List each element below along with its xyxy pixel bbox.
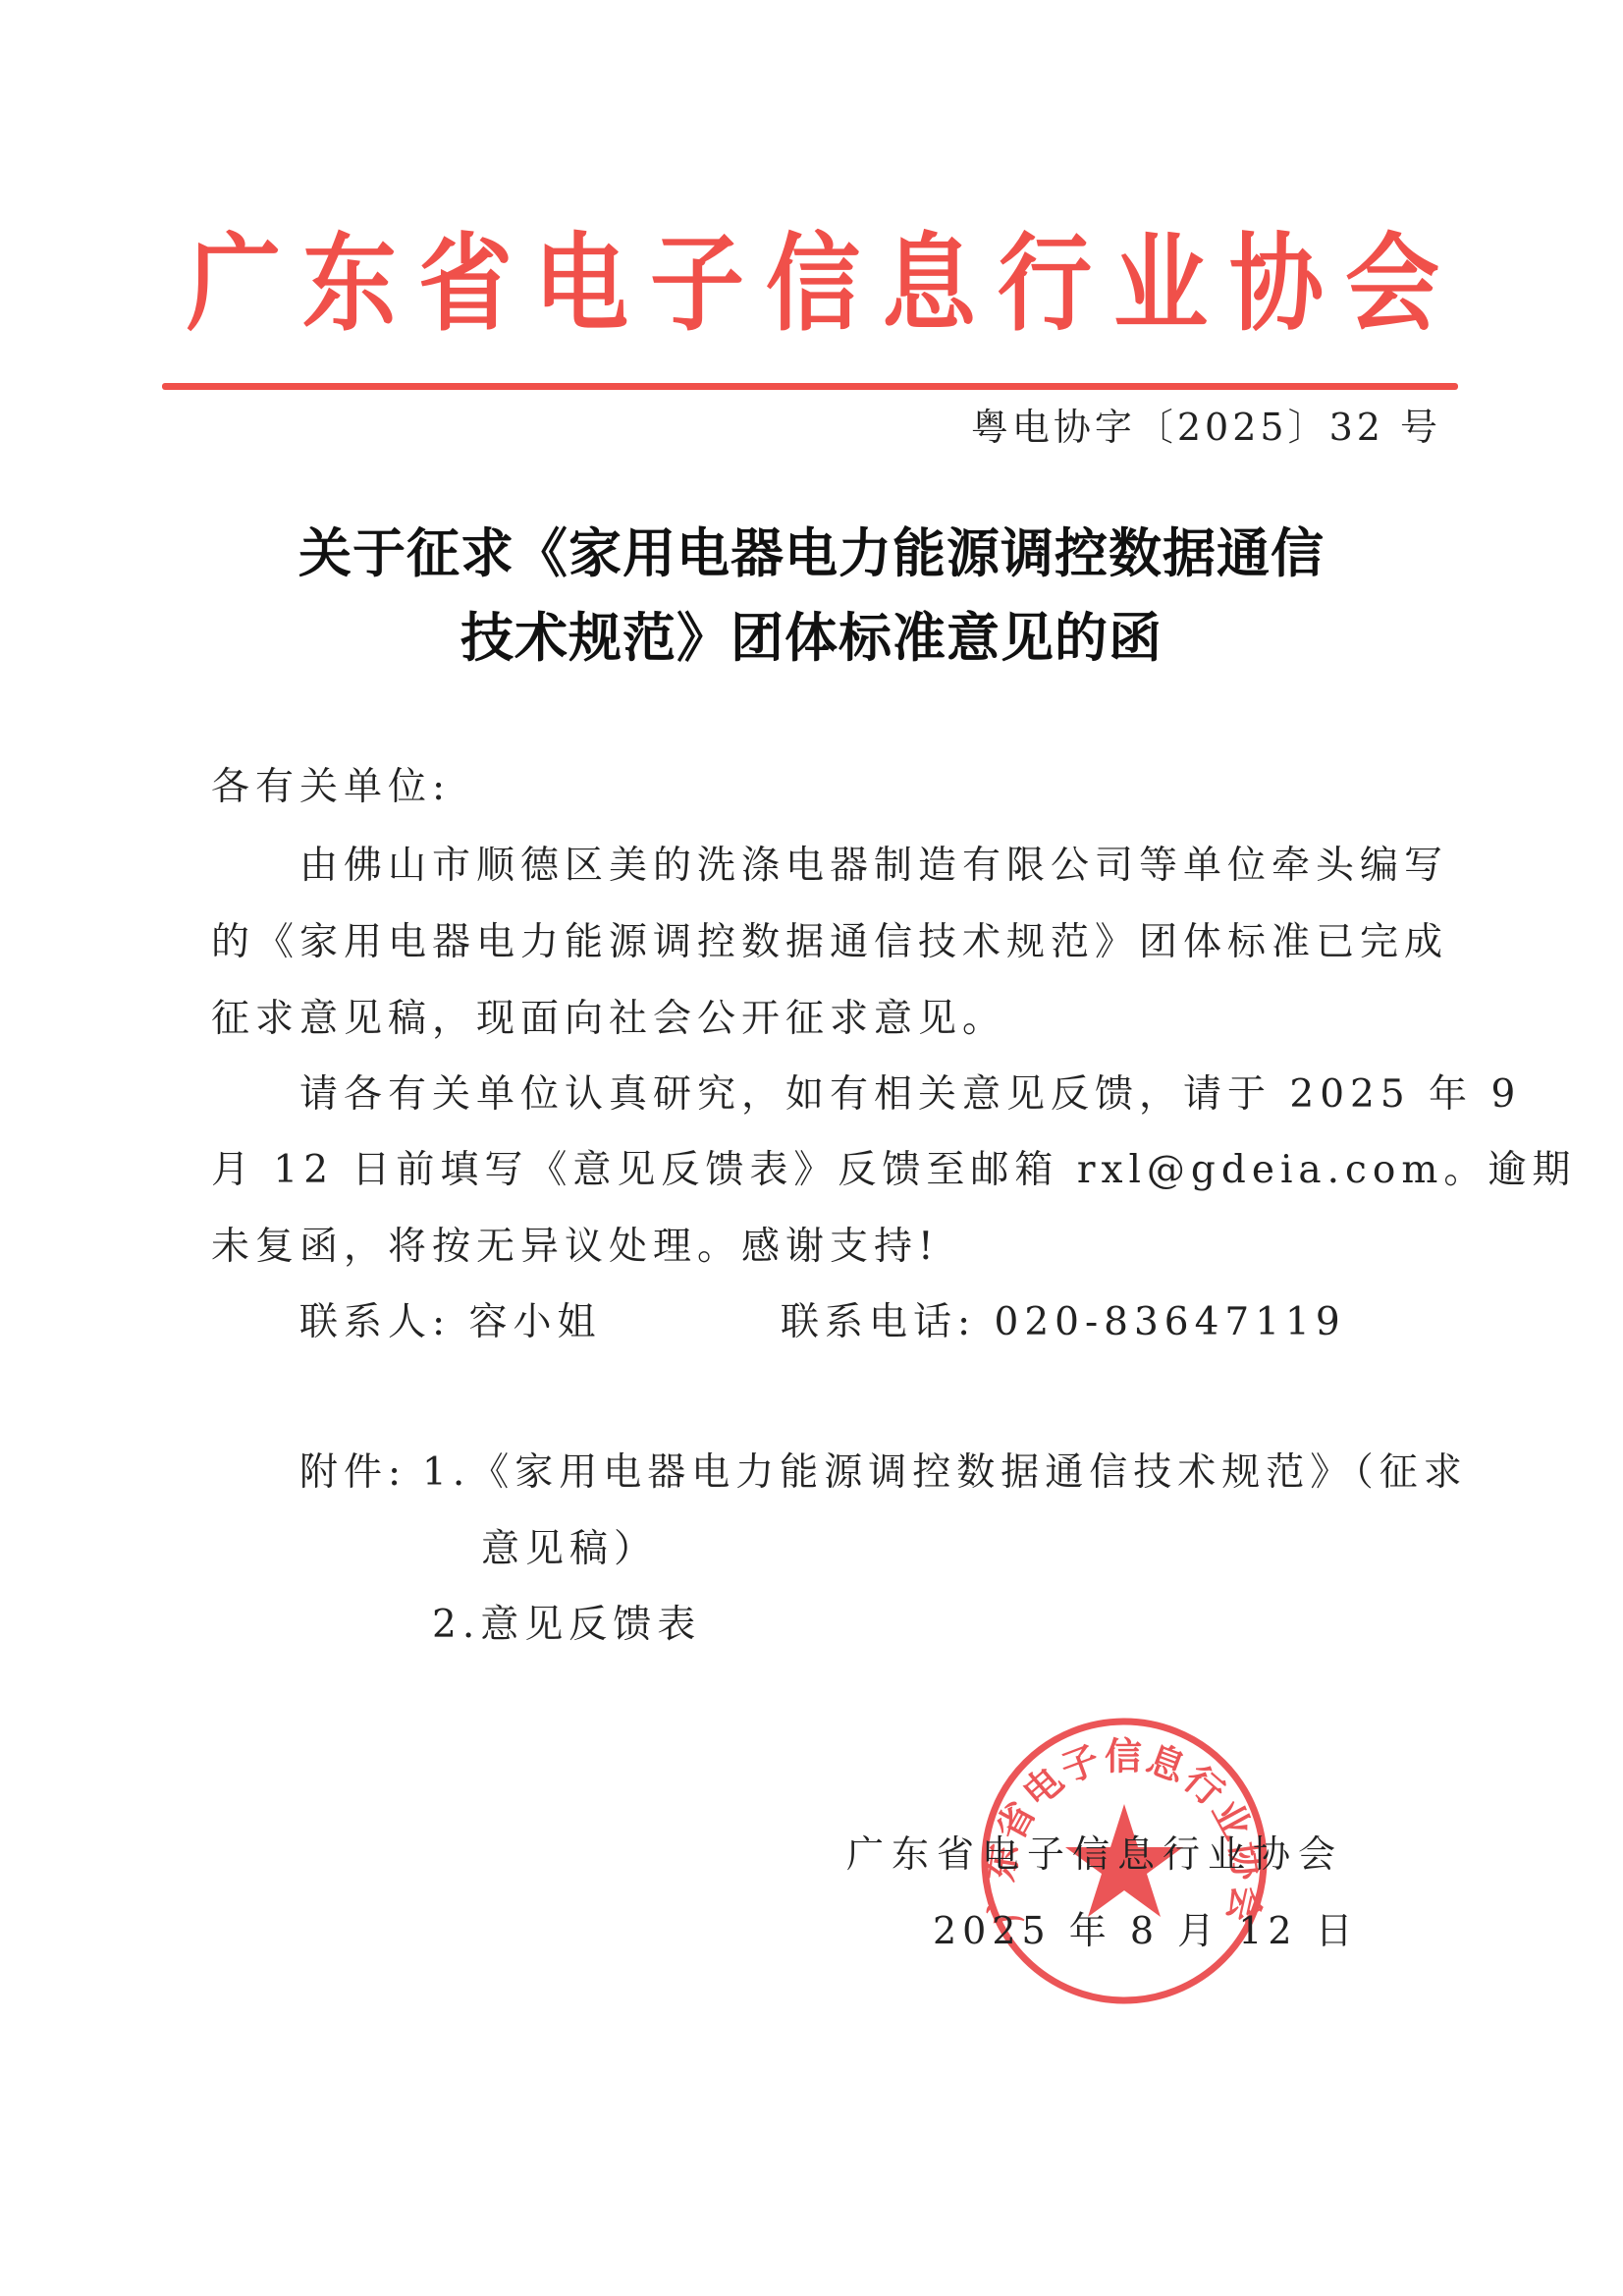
organization-letterhead: 广东省电子信息行业协会 bbox=[187, 218, 1443, 350]
document-number: 粤电协字〔2025〕32 号 bbox=[971, 403, 1441, 452]
contact-phone: 联系电话: 020-83647119 bbox=[781, 1293, 1346, 1352]
attachments-label: 附件: bbox=[299, 1444, 406, 1503]
attachment-2: 2.意见反馈表 bbox=[432, 1596, 701, 1655]
salutation: 各有关单位: bbox=[211, 758, 451, 817]
paragraph-1-line-3: 征求意见稿，现面向社会公开征求意见。 bbox=[211, 990, 1006, 1049]
paragraph-1-line-1: 由佛山市顺德区美的洗涤电器制造有限公司等单位牵头编写 bbox=[299, 837, 1448, 896]
signature-organization: 广东省电子信息行业协会 bbox=[846, 1825, 1343, 1884]
attachment-1: 1.《家用电器电力能源调控数据通信技术规范》（征求 bbox=[422, 1444, 1468, 1503]
paragraph-2-line-3: 未复函，将按无异议处理。感谢支持! bbox=[211, 1218, 940, 1277]
header-divider bbox=[162, 383, 1458, 390]
contact-person: 联系人: 容小姐 bbox=[299, 1293, 602, 1352]
paragraph-2-line-1: 请各有关单位认真研究，如有相关意见反馈，请于 2025 年 9 bbox=[299, 1066, 1521, 1124]
signature-date: 2025 年 8 月 12 日 bbox=[933, 1901, 1359, 1960]
paragraph-2-line-2: 月 12 日前填写《意见反馈表》反馈至邮箱 rxl@gdeia.com。逾期 bbox=[211, 1141, 1576, 1200]
attachment-1-continued: 意见稿） bbox=[481, 1520, 658, 1579]
paragraph-1-line-2: 的《家用电器电力能源调控数据通信技术规范》团体标准已完成 bbox=[211, 913, 1448, 972]
document-title-line-1: 关于征求《家用电器电力能源调控数据通信 bbox=[0, 511, 1623, 595]
document-title-line-2: 技术规范》团体标准意见的函 bbox=[0, 595, 1623, 680]
